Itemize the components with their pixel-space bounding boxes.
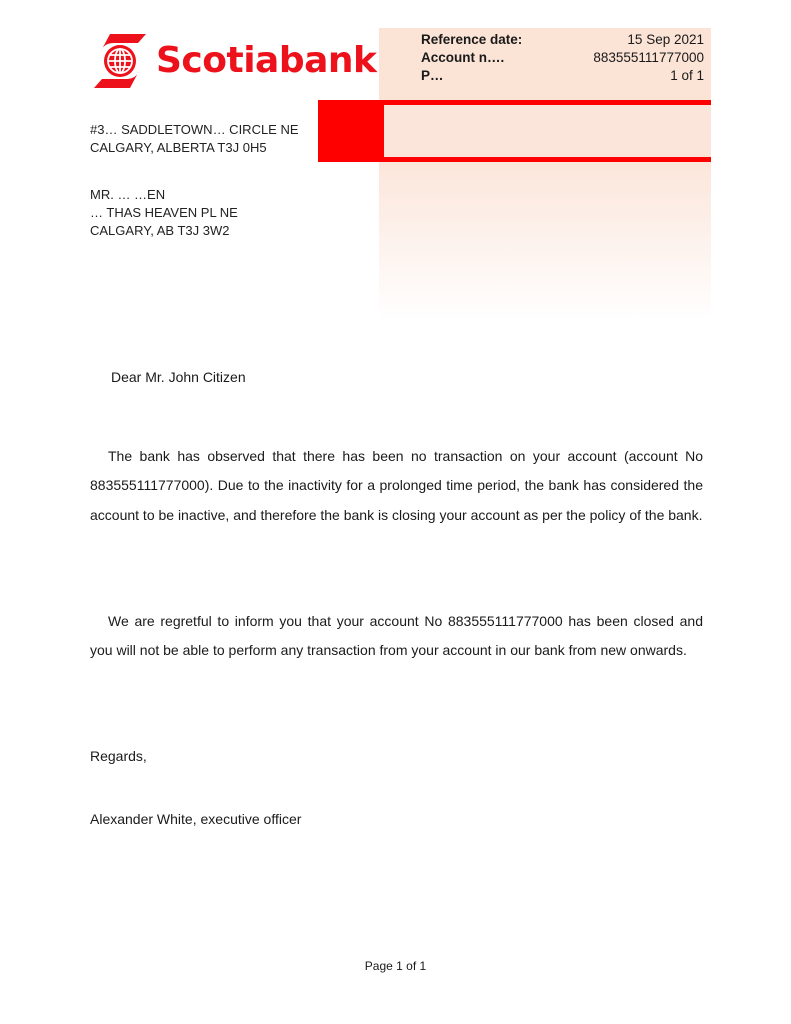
sender-address-line: CALGARY, ALBERTA T3J 0H5	[90, 139, 299, 157]
band-red-block	[318, 100, 384, 162]
account-number-label: Account n….	[421, 49, 504, 67]
recipient-city: CALGARY, AB T3J 3W2	[90, 222, 238, 240]
sender-address: #3… SADDLETOWN… CIRCLE NE CALGARY, ALBER…	[90, 121, 299, 157]
salutation: Dear Mr. John Citizen	[111, 369, 246, 385]
recipient-street: … THAS HEAVEN PL NE	[90, 204, 238, 222]
signature: Alexander White, executive officer	[90, 811, 301, 827]
page-row: P… 1 of 1	[421, 67, 704, 85]
closing: Regards,	[90, 748, 147, 764]
page-footer: Page 1 of 1	[0, 959, 791, 973]
band-fill	[384, 105, 711, 157]
header-red-band	[318, 100, 711, 162]
page-value: 1 of 1	[670, 67, 704, 85]
scotiabank-globe-s-icon	[94, 34, 146, 88]
reference-info: Reference date: 15 Sep 2021 Account n…. …	[421, 31, 704, 85]
reference-date-label: Reference date:	[421, 31, 522, 49]
page-label: P…	[421, 67, 444, 85]
recipient-address: MR. … …EN … THAS HEAVEN PL NE CALGARY, A…	[90, 186, 238, 240]
account-number-row: Account n…. 883555111777000	[421, 49, 704, 67]
sender-address-line: #3… SADDLETOWN… CIRCLE NE	[90, 121, 299, 139]
reference-date-row: Reference date: 15 Sep 2021	[421, 31, 704, 49]
account-number-value: 883555111777000	[593, 49, 704, 67]
scotiabank-logo: Scotiabank	[94, 33, 376, 89]
reference-date-value: 15 Sep 2021	[627, 31, 704, 49]
body-paragraph-1: The bank has observed that there has bee…	[90, 442, 703, 530]
body-paragraph-2: We are regretful to inform you that your…	[90, 607, 703, 666]
recipient-name: MR. … …EN	[90, 186, 238, 204]
bank-letter-page: Scotiabank Reference date: 15 Sep 2021 A…	[0, 0, 791, 1024]
brand-name: Scotiabank	[156, 43, 376, 79]
